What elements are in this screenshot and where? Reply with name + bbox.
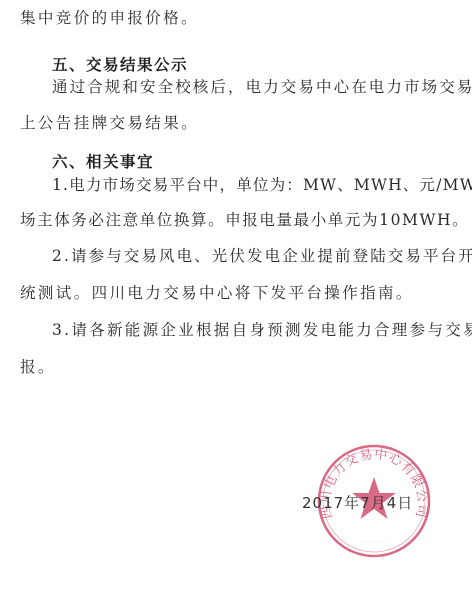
document-date: 2017年7月4日 — [302, 492, 413, 513]
section-heading-5: 五、交易结果公示 — [52, 55, 188, 75]
section-heading-6: 六、相关事宜 — [52, 152, 154, 172]
paragraph-line: 1.电力市场交易平台中，单位为：MW、MWH、元/MWH。请各市 — [52, 175, 472, 195]
paragraph-line: 统测试。四川电力交易中心将下发平台操作指南。 — [20, 283, 414, 303]
paragraph-line: 集中竞价的申报价格。 — [20, 8, 199, 28]
svg-text:··········: ·········· — [361, 539, 387, 545]
paragraph-line: 报。 — [20, 357, 56, 377]
paragraph-line: 上公告挂牌交易结果。 — [20, 113, 199, 133]
paragraph-line: 场主体务必注意单位换算。申报电量最小单元为10MWH。 — [20, 210, 469, 230]
paragraph-line: 通过合规和安全校核后，电力交易中心在电力市场交易平台 — [52, 77, 472, 97]
paragraph-line: 3.请各新能源企业根据自身预测发电能力合理参与交易申 — [52, 320, 472, 340]
paragraph-line: 2.请参与交易风电、光伏发电企业提前登陆交易平台开展系 — [52, 246, 472, 266]
